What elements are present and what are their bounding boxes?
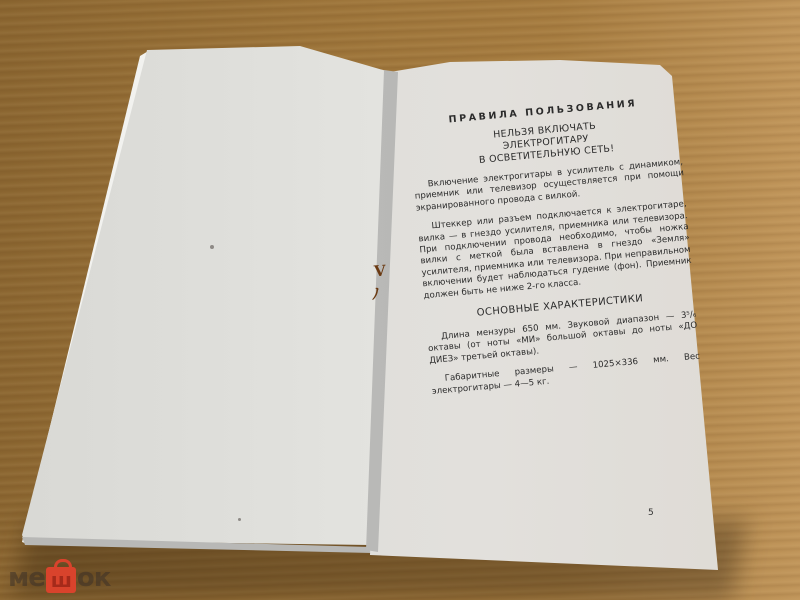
shopping-bag-icon: ш	[46, 567, 76, 593]
paper-spot	[210, 245, 214, 249]
watermark-text: ме	[8, 563, 45, 593]
paragraph-plug: Штеккер или разъем подключается к электр…	[417, 199, 693, 302]
staple-icon: ﾉ	[371, 283, 380, 304]
staple-icon: V	[373, 262, 386, 281]
watermark-text: ок	[77, 563, 111, 593]
page-number: 5	[648, 508, 654, 518]
page-text: ПРАВИЛА ПОЛЬЗОВАНИЯ НЕЛЬЗЯ ВКЛЮЧАТЬ ЭЛЕК…	[408, 94, 702, 406]
paper-spot	[238, 518, 241, 521]
site-watermark: мешок	[8, 563, 110, 593]
